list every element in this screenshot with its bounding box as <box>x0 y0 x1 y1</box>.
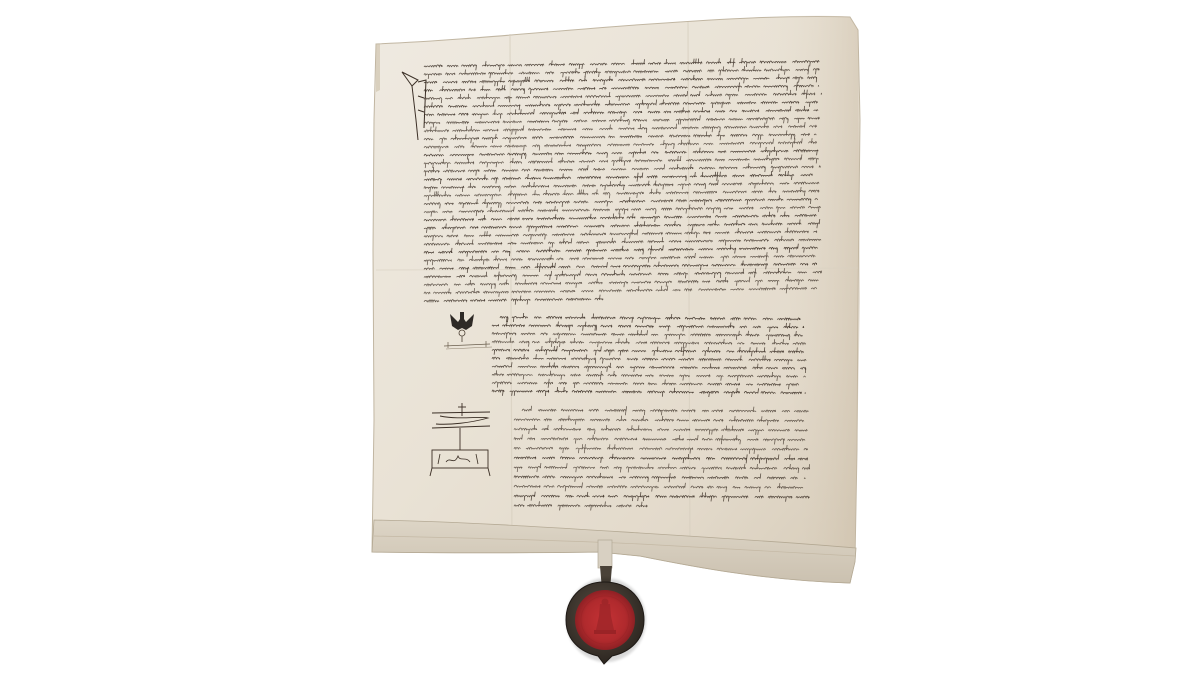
wax-seal <box>566 540 646 664</box>
photo-stage: Medieval parchment charter with pendant … <box>0 0 1200 675</box>
seal-tag <box>598 540 612 568</box>
parchment-sheet <box>372 16 860 583</box>
charter-photo <box>0 0 1200 675</box>
